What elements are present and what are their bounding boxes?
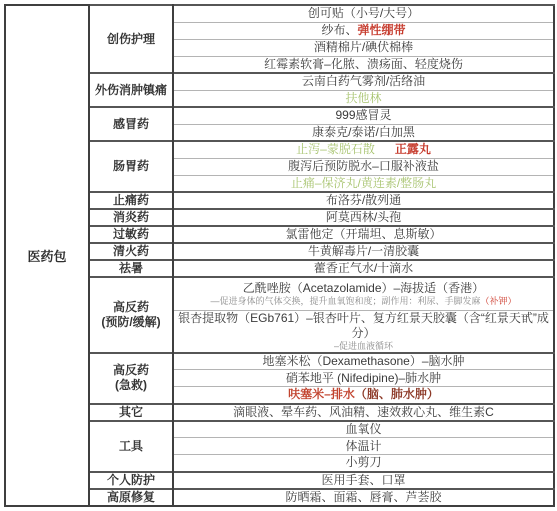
item-text: 银杏提取物（EGb761）–银杏叶片、复方红景天胶囊（含“红景天甙”成分） xyxy=(174,311,553,341)
item-cell: 医用手套、口罩 xyxy=(173,472,554,489)
category-gi-medicine: 肠胃药 xyxy=(89,141,173,192)
item-text-green: 扶他林 xyxy=(345,91,381,105)
category-label: 高原修复 xyxy=(107,490,155,504)
item-cell: 氯雷他定（开瑞坦、息斯敏） xyxy=(173,226,554,243)
item-note-text: —促进身体的气体交换，提升血氧饱和度；副作用：利尿、手脚发麻 xyxy=(210,296,480,306)
item-text: 创可贴（小号/大号） xyxy=(308,6,419,20)
category-sublabel: (急救) xyxy=(90,378,172,393)
item-cell: 呋塞米–排水（脑、肺水肿） xyxy=(173,387,554,404)
item-cell: 阿莫西林/头孢 xyxy=(173,209,554,226)
item-text: 999感冒灵 xyxy=(335,108,391,122)
item-cell: 乙酰唑胺（Acetazolamide）–海拔适（香港） —促进身体的气体交换，提… xyxy=(173,277,554,310)
item-cell: 牛黄解毒片/一清胶囊 xyxy=(173,243,554,260)
kit-title: 医药包 xyxy=(27,249,66,264)
item-cell: 地塞米松（Dexamethasone）–脑水肿 xyxy=(173,353,554,370)
item-note-text: –促进血液循环 xyxy=(334,341,393,351)
category-swelling-pain-relief: 外伤消肿镇痛 xyxy=(89,73,173,107)
category-label: 高反药 xyxy=(90,363,172,378)
category-altitude-prevention: 高反药(预防/缓解) xyxy=(89,277,173,353)
item-cell: 布洛芬/散列通 xyxy=(173,192,554,209)
category-heat-clearing: 清火药 xyxy=(89,243,173,260)
item-text: 医用手套、口罩 xyxy=(321,473,405,487)
category-label: 外伤消肿镇痛 xyxy=(95,83,167,97)
item-text: 地塞米松（Dexamethasone）–脑水肿 xyxy=(262,354,464,368)
item-text: 阿莫西林/头孢 xyxy=(326,210,401,224)
item-text: 藿香正气水/十滴水 xyxy=(314,261,413,275)
category-label: 清火药 xyxy=(113,244,149,258)
item-text: 小剪刀 xyxy=(345,455,381,469)
item-text-green: 止泻–蒙脱石散 xyxy=(296,142,375,156)
item-cell: 酒精棉片/碘伏棉棒 xyxy=(173,39,554,56)
category-label: 止痛药 xyxy=(113,193,149,207)
category-label: 祛暑 xyxy=(119,261,143,275)
category-heatstroke: 祛暑 xyxy=(89,260,173,277)
item-cell: 藿香正气水/十滴水 xyxy=(173,260,554,277)
item-text: 红霉素软膏–化脓、溃疡面、轻度烧伤 xyxy=(264,57,463,71)
item-text-green: 止痛–保济丸/黄连素/整肠丸 xyxy=(291,176,436,190)
item-cell: 血氧仪 xyxy=(173,421,554,438)
item-text: 布洛芬/散列通 xyxy=(326,193,401,207)
category-altitude-emergency: 高反药(急救) xyxy=(89,353,173,404)
item-text: 纱布、 xyxy=(321,23,357,37)
item-cell: 止泻–蒙脱石散正露丸 xyxy=(173,141,554,158)
item-text: 体温计 xyxy=(345,439,381,453)
item-note: —促进身体的气体交换，提升血氧饱和度；副作用：利尿、手脚发麻（补钾） xyxy=(174,296,553,307)
item-note-red: （补钾） xyxy=(481,296,517,306)
item-text-red: 呋塞米–排水 xyxy=(288,387,355,401)
category-label: 高反药 xyxy=(90,300,172,315)
item-cell: 腹泻后预防脱水–口服补液盐 xyxy=(173,158,554,175)
item-cell: 止痛–保济丸/黄连素/整肠丸 xyxy=(173,175,554,192)
item-cell: 小剪刀 xyxy=(173,455,554,472)
category-others: 其它 xyxy=(89,404,173,421)
item-text: 氯雷他定（开瑞坦、息斯敏） xyxy=(285,227,441,241)
item-note: –促进血液循环 xyxy=(174,341,553,352)
item-cell: 银杏提取物（EGb761）–银杏叶片、复方红景天胶囊（含“红景天甙”成分） –促… xyxy=(173,310,554,353)
item-text: 腹泻后预防脱水–口服补液盐 xyxy=(288,159,439,173)
page: 医药包 创伤护理 创可贴（小号/大号） 纱布、弹性绷带 酒精棉片/碘伏棉棒 红霉… xyxy=(0,0,557,511)
item-cell: 滴眼液、晕车药、风油精、速效救心丸、维生素C xyxy=(173,404,554,421)
item-cell: 云南白药气雾剂/活络油 xyxy=(173,73,554,90)
category-label: 工具 xyxy=(119,439,143,453)
item-cell: 纱布、弹性绷带 xyxy=(173,22,554,39)
item-text: 硝苯地平 (Nifedipine)–肺水肿 xyxy=(286,371,441,385)
category-plateau-repair: 高原修复 xyxy=(89,489,173,506)
item-text: 滴眼液、晕车药、风油精、速效救心丸、维生素C xyxy=(233,405,494,419)
medical-kit-table: 医药包 创伤护理 创可贴（小号/大号） 纱布、弹性绷带 酒精棉片/碘伏棉棒 红霉… xyxy=(4,4,555,507)
item-text: 防晒霜、面霜、唇膏、芦荟胶 xyxy=(285,490,441,504)
category-label: 创伤护理 xyxy=(107,32,155,46)
item-text-darkred: （脑、肺水肿） xyxy=(355,387,439,401)
category-personal-protection: 个人防护 xyxy=(89,472,173,489)
item-cell: 999感冒灵 xyxy=(173,107,554,124)
item-cell: 创可贴（小号/大号） xyxy=(173,5,554,22)
table-row: 医药包 创伤护理 创可贴（小号/大号） xyxy=(5,5,554,22)
item-cell: 体温计 xyxy=(173,438,554,455)
category-tools: 工具 xyxy=(89,421,173,472)
item-cell: 硝苯地平 (Nifedipine)–肺水肿 xyxy=(173,370,554,387)
kit-title-cell: 医药包 xyxy=(5,5,89,506)
item-text-red: 正露丸 xyxy=(395,142,431,156)
item-cell: 扶他林 xyxy=(173,90,554,107)
category-label: 感冒药 xyxy=(113,117,149,131)
item-text: 康泰克/泰诺/白加黑 xyxy=(312,125,415,139)
category-sublabel: (预防/缓解) xyxy=(90,315,172,330)
item-cell: 康泰克/泰诺/白加黑 xyxy=(173,124,554,141)
category-label: 过敏药 xyxy=(113,227,149,241)
category-antiinflammatory: 消炎药 xyxy=(89,209,173,226)
item-text-red: 弹性绷带 xyxy=(358,23,406,37)
item-text: 牛黄解毒片/一清胶囊 xyxy=(308,244,419,258)
item-cell: 红霉素软膏–化脓、溃疡面、轻度烧伤 xyxy=(173,56,554,73)
item-text: 乙酰唑胺（Acetazolamide）–海拔适（香港） xyxy=(174,281,553,296)
category-label: 其它 xyxy=(119,405,143,419)
item-text: 云南白药气雾剂/活络油 xyxy=(302,74,425,88)
item-text: 酒精棉片/碘伏棉棒 xyxy=(314,40,413,54)
category-wound-care: 创伤护理 xyxy=(89,5,173,73)
category-label: 肠胃药 xyxy=(113,159,149,173)
item-text: 血氧仪 xyxy=(345,422,381,436)
category-allergy: 过敏药 xyxy=(89,226,173,243)
category-label: 消炎药 xyxy=(113,210,149,224)
item-cell: 防晒霜、面霜、唇膏、芦荟胶 xyxy=(173,489,554,506)
category-label: 个人防护 xyxy=(107,473,155,487)
category-cold-medicine: 感冒药 xyxy=(89,107,173,141)
category-painkiller: 止痛药 xyxy=(89,192,173,209)
